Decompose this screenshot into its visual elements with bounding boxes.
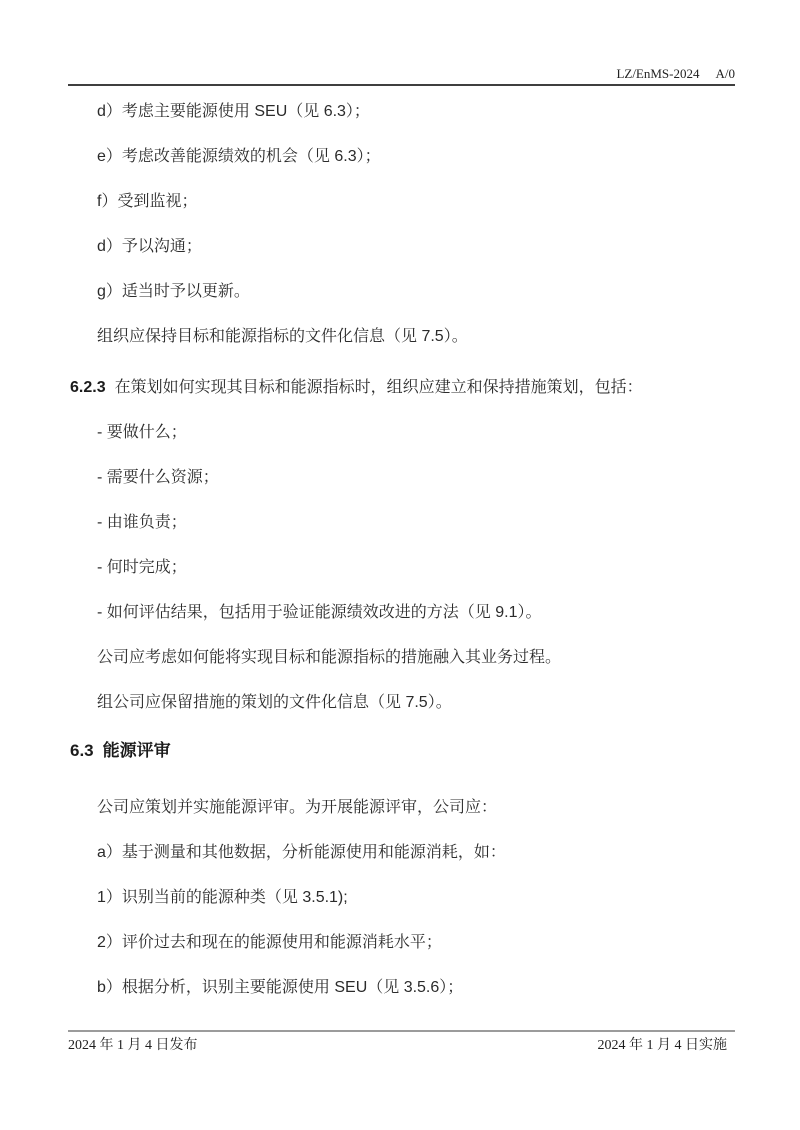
paragraph: 组织应保持目标和能源指标的文件化信息（见 7.5）。 — [97, 328, 735, 346]
page-header: LZ/EnMS-2024A/0 — [68, 0, 735, 86]
clause-text: 在策划如何实现其目标和能源指标时，组织应建立和保持措施策划，包括： — [115, 379, 643, 396]
document-code: LZ/EnMS-2024 — [616, 66, 699, 81]
release-date: 2024 年 1 月 4 日发布 — [68, 1037, 198, 1054]
list-item: - 需要什么资源； — [97, 469, 735, 487]
document-code-line: LZ/EnMS-2024A/0 — [68, 0, 735, 84]
list-item: - 要做什么； — [97, 424, 735, 442]
implementation-date: 2024 年 1 月 4 日实施 — [598, 1037, 728, 1054]
list-item: g）适当时予以更新。 — [97, 283, 735, 301]
list-item: - 何时完成； — [97, 559, 735, 577]
list-item: e）考虑改善能源绩效的机会（见 6.3）； — [97, 148, 735, 166]
clause-heading: 6.2.3在策划如何实现其目标和能源指标时，组织应建立和保持措施策划，包括： — [70, 379, 735, 397]
page-footer: 2024 年 1 月 4 日发布 2024 年 1 月 4 日实施 — [68, 1030, 735, 1054]
document-body: d）考虑主要能源使用 SEU（见 6.3）；e）考虑改善能源绩效的机会（见 6.… — [70, 87, 735, 1024]
list-item: 2）评价过去和现在的能源使用和能源消耗水平； — [97, 934, 735, 952]
document-revision: A/0 — [716, 66, 736, 81]
clause-number: 6.2.3 — [70, 379, 106, 396]
footer-dates: 2024 年 1 月 4 日发布 2024 年 1 月 4 日实施 — [68, 1037, 735, 1054]
document-page: LZ/EnMS-2024A/0 d）考虑主要能源使用 SEU（见 6.3）；e）… — [0, 0, 800, 1130]
header-rule — [68, 84, 735, 86]
clause-text: 能源评审 — [103, 741, 171, 760]
footer-rule — [68, 1030, 735, 1032]
list-item: 1）识别当前的能源种类（见 3.5.1); — [97, 889, 735, 907]
list-item: b）根据分析，识别主要能源使用 SEU（见 3.5.6）； — [97, 979, 735, 997]
clause-number: 6.3 — [70, 741, 94, 760]
paragraph: 公司应策划并实施能源评审。为开展能源评审，公司应： — [97, 799, 735, 817]
section-heading: 6.3能源评审 — [70, 741, 735, 761]
paragraph: 组公司应保留措施的策划的文件化信息（见 7.5）。 — [97, 694, 735, 712]
list-item: - 如何评估结果，包括用于验证能源绩效改进的方法（见 9.1）。 — [97, 604, 735, 622]
list-item: - 由谁负责； — [97, 514, 735, 532]
list-item: f）受到监视； — [97, 193, 735, 211]
paragraph: 公司应考虑如何能将实现目标和能源指标的措施融入其业务过程。 — [97, 649, 735, 667]
list-item: d）予以沟通； — [97, 238, 735, 256]
list-item: d）考虑主要能源使用 SEU（见 6.3）； — [97, 103, 735, 121]
list-item: a）基于测量和其他数据，分析能源使用和能源消耗，如： — [97, 844, 735, 862]
